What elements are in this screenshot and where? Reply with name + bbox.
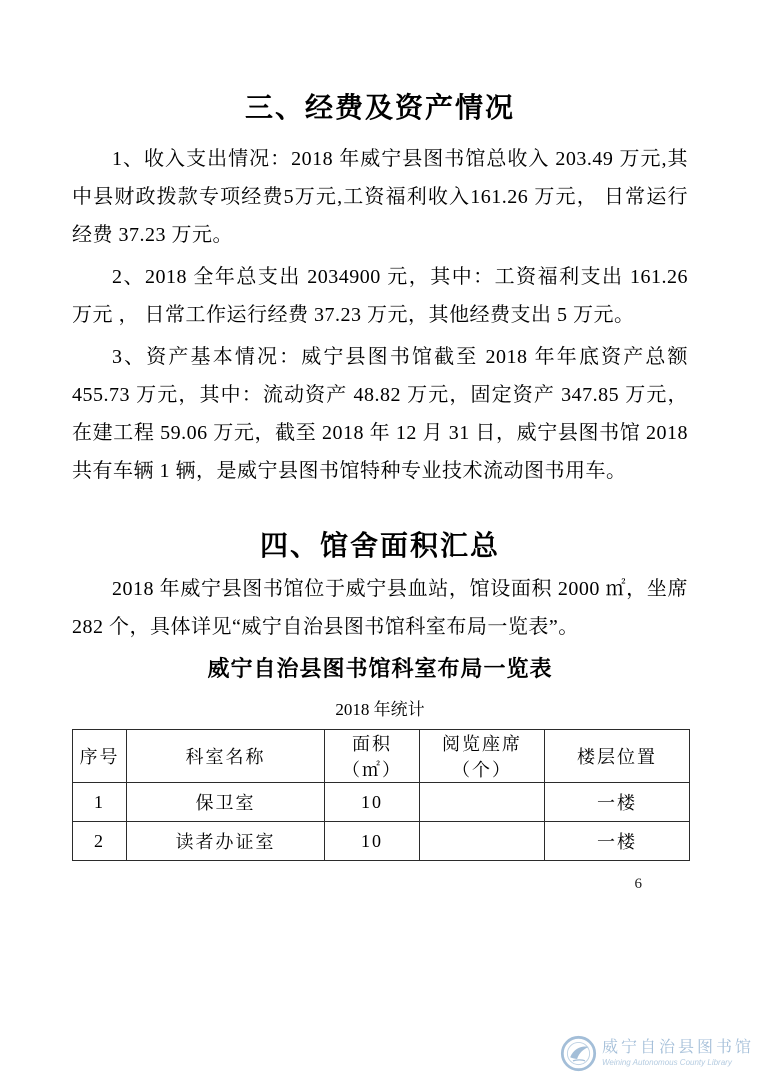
table-header-seats: 阅览座席（个） [420,730,545,783]
watermark-text-block: 威宁自治县图书馆 Weining Autonomous County Libra… [602,1040,754,1067]
table-header-index: 序号 [73,730,127,783]
table-title: 威宁自治县图书馆科室布局一览表 [72,656,688,682]
section-heading-funds-assets: 三、经费及资产情况 [72,90,688,126]
table-header-room-name: 科室名称 [127,730,325,783]
table-row: 2 读者办证室 10 一楼 [73,822,690,861]
cell-seats [420,783,545,822]
paragraph-building-area: 2018 年威宁县图书馆位于威宁县血站，馆设面积 2000 ㎡，坐席 282 个… [72,570,688,646]
table-header-floor: 楼层位置 [545,730,690,783]
library-logo-icon [560,1035,597,1072]
table-subtitle: 2018 年统计 [72,700,688,720]
paragraph-assets: 3、资产基本情况：威宁县图书馆截至 2018 年年底资产总额 455.73 万元… [72,338,688,490]
table-row: 1 保卫室 10 一楼 [73,783,690,822]
table-header-area: 面积（㎡） [325,730,420,783]
section-heading-building-area: 四、馆舍面积汇总 [72,528,688,564]
room-layout-table: 序号 科室名称 面积（㎡） 阅览座席（个） 楼层位置 1 保卫室 10 一楼 2… [72,729,690,861]
cell-room-name: 保卫室 [127,783,325,822]
cell-seats [420,822,545,861]
cell-floor: 一楼 [545,783,690,822]
page-content: 三、经费及资产情况 1、收入支出情况：2018 年威宁县图书馆总收入 203.4… [0,0,760,893]
cell-area: 10 [325,783,420,822]
cell-area: 10 [325,822,420,861]
paragraph-income-expenditure: 1、收入支出情况：2018 年威宁县图书馆总收入 203.49 万元,其中县财政… [72,140,688,254]
watermark-english-name: Weining Autonomous County Library [602,1059,754,1067]
cell-index: 1 [73,783,127,822]
watermark-chinese-name: 威宁自治县图书馆 [602,1040,754,1056]
library-watermark: 威宁自治县图书馆 Weining Autonomous County Libra… [560,1035,754,1072]
table-header-row: 序号 科室名称 面积（㎡） 阅览座席（个） 楼层位置 [73,730,690,783]
cell-floor: 一楼 [545,822,690,861]
paragraph-total-expenditure: 2、2018 全年总支出 2034900 元，其中：工资福利支出 161.26 … [72,258,688,334]
document-page: 三、经费及资产情况 1、收入支出情况：2018 年威宁县图书馆总收入 203.4… [0,0,760,1074]
page-number: 6 [72,876,688,893]
cell-index: 2 [73,822,127,861]
cell-room-name: 读者办证室 [127,822,325,861]
